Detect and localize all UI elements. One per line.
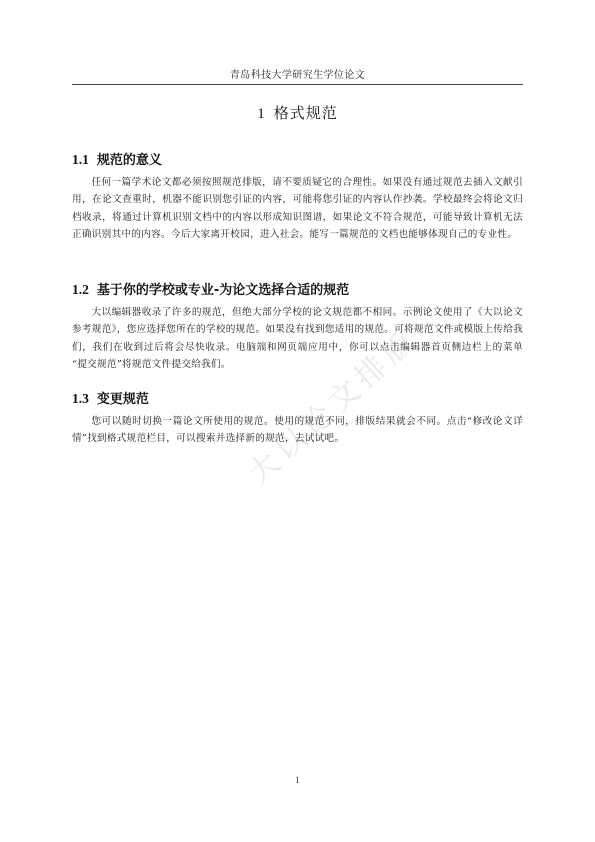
section-title-text: 基于你的学校或专业-为论文选择合适的规范	[97, 283, 349, 298]
section-1-3: 1.3变更规范 您可以随时切换一篇论文所使用的规范。使用的规范不同，排版结果就会…	[72, 390, 523, 448]
chapter-title: 1格式规范	[0, 103, 595, 124]
section-paragraph: 任何一篇学术论文都必须按照规范排版，请不要质疑它的合理性。如果没有通过规范去插入…	[72, 174, 523, 244]
chapter-title-text: 格式规范	[274, 104, 338, 122]
section-1-2: 1.2基于你的学校或专业-为论文选择合适的规范 大以编辑器收录了许多的规范，但绝…	[72, 281, 523, 374]
section-number: 1.2	[72, 282, 89, 297]
chapter-number: 1	[257, 106, 266, 122]
section-heading: 1.1规范的意义	[72, 151, 523, 170]
section-paragraph: 大以编辑器收录了许多的规范，但绝大部分学校的论文规范都不相同。示例论文使用了《大…	[72, 304, 523, 374]
section-number: 1.3	[72, 391, 89, 406]
section-1-1: 1.1规范的意义 任何一篇学术论文都必须按照规范排版，请不要质疑它的合理性。如果…	[72, 151, 523, 244]
page-number: 1	[0, 775, 595, 785]
running-header: 青岛科技大学研究生学位论文	[72, 69, 523, 85]
section-heading: 1.3变更规范	[72, 390, 523, 409]
section-title-text: 变更规范	[97, 392, 149, 407]
section-paragraph: 您可以随时切换一篇论文所使用的规范。使用的规范不同，排版结果就会不同。点击“修改…	[72, 413, 523, 448]
section-number: 1.1	[72, 152, 89, 167]
running-header-title: 青岛科技大学研究生学位论文	[230, 70, 365, 81]
section-heading: 1.2基于你的学校或专业-为论文选择合适的规范	[72, 281, 523, 300]
section-title-text: 规范的意义	[97, 153, 162, 168]
